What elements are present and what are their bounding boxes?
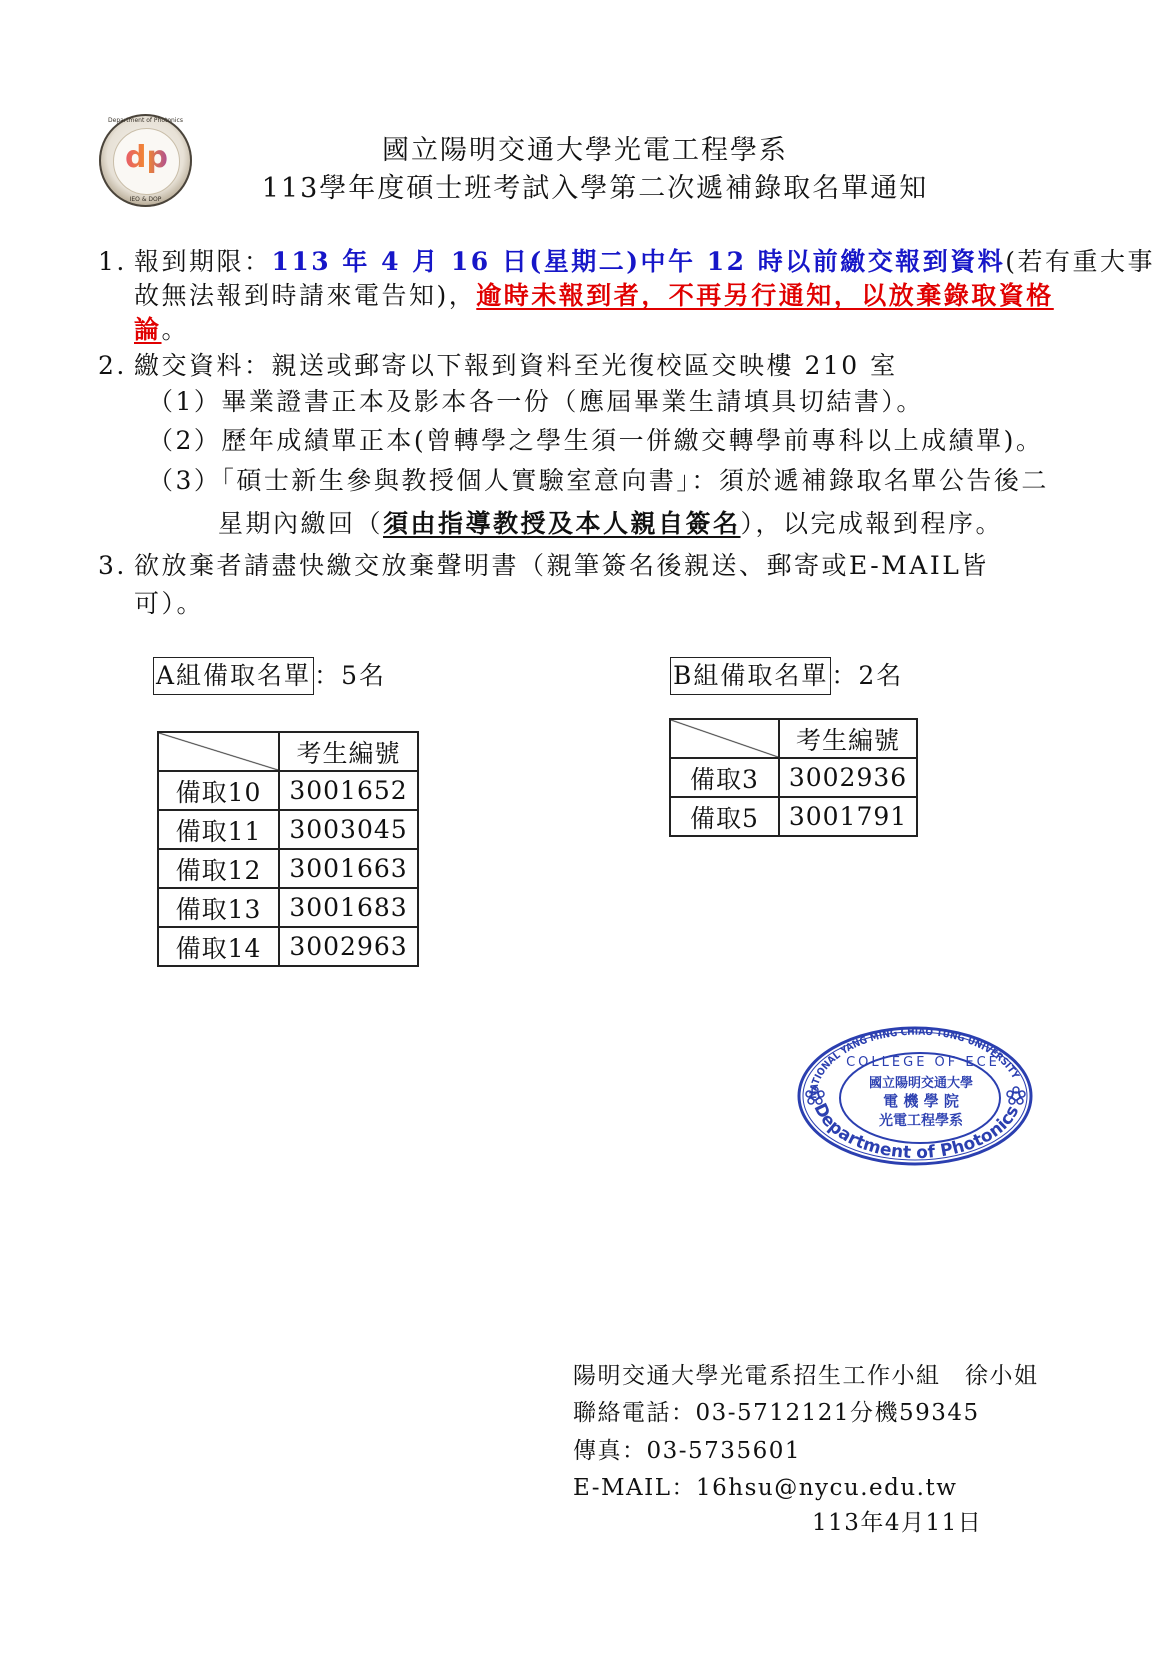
id-cell: 3001683 bbox=[279, 888, 418, 927]
item2-sub2: （2）歷年成績單正本(曾轉學之學生須一併繳交轉學前專科以上成績單)。 bbox=[148, 422, 1043, 460]
group-b-table: 考生編號 備取33002936 備取53001791 bbox=[669, 718, 918, 837]
rank-cell: 備取10 bbox=[158, 771, 279, 810]
group-a-table: 考生編號 備取103001652 備取113003045 備取123001663… bbox=[157, 731, 419, 967]
item1-label: 報到期限： bbox=[134, 247, 272, 276]
table-row: 備取113003045 bbox=[158, 810, 418, 849]
item2-sub3: （3）「碩士新生參與教授個人實驗室意向書」：須於遞補錄取名單公告後二 bbox=[148, 462, 1049, 500]
id-cell: 3001663 bbox=[279, 849, 418, 888]
table-row: 備取143002963 bbox=[158, 927, 418, 966]
id-cell: 3003045 bbox=[279, 810, 418, 849]
group-b-label: B組備取名單 bbox=[670, 657, 831, 695]
table-header-row: 考生編號 bbox=[670, 719, 917, 758]
stamp-college-text: COLLEGE OF ECE bbox=[846, 1055, 1000, 1070]
header-candidate-id: 考生編號 bbox=[279, 732, 418, 771]
id-cell: 3001652 bbox=[279, 771, 418, 810]
id-cell: 3001791 bbox=[779, 797, 917, 836]
stamp-inner-line2: 電 機 學 院 bbox=[883, 1092, 959, 1110]
stamp-inner-line1: 國立陽明交通大學 bbox=[869, 1075, 973, 1091]
plum-blossom-icon bbox=[1007, 1087, 1025, 1104]
contact-office: 陽明交通大學光電系招生工作小組 徐小姐 bbox=[573, 1358, 1039, 1395]
group-a-count: ：5名 bbox=[314, 661, 386, 690]
id-cell: 3002936 bbox=[779, 758, 917, 797]
rank-cell: 備取12 bbox=[158, 849, 279, 888]
item1-number: 1. bbox=[98, 243, 127, 281]
rank-cell: 備取11 bbox=[158, 810, 279, 849]
item1-note-b: 故無法報到時請來電告知)， bbox=[134, 281, 476, 310]
group-b-count: ：2名 bbox=[831, 661, 903, 690]
diagonal-header-cell bbox=[158, 732, 279, 771]
rank-cell: 備取5 bbox=[670, 797, 779, 836]
diagonal-header-cell bbox=[670, 719, 779, 758]
department-seal-stamp: NATIONAL YANG MING CHIAO TUNG UNIVERSITY… bbox=[795, 1024, 1035, 1168]
item3-line2: 可）。 bbox=[134, 585, 204, 623]
group-a-label: A組備取名單 bbox=[153, 657, 314, 695]
item3-number: 3. bbox=[98, 547, 127, 585]
contact-email[interactable]: E-MAIL：16hsu@nycu.edu.tw bbox=[573, 1470, 957, 1507]
id-cell: 3002963 bbox=[279, 927, 418, 966]
item1-deadline: 113 年 4 月 16 日(星期二)中午 12 時以前繳交報到資料 bbox=[272, 247, 1006, 276]
item1-warning: 逾時未報到者，不再另行通知，以放棄錄取資格 bbox=[476, 281, 1054, 310]
item1-line2: 故無法報到時請來電告知)，逾時未報到者，不再另行通知，以放棄錄取資格 bbox=[134, 277, 1054, 315]
item1-period: 。 bbox=[162, 315, 190, 344]
item1-line1: 報到期限：113 年 4 月 16 日(星期二)中午 12 時以前繳交報到資料(… bbox=[134, 243, 1155, 281]
group-b-heading: B組備取名單：2名 bbox=[670, 657, 903, 695]
rank-cell: 備取14 bbox=[158, 927, 279, 966]
item1-warning-end: 論 bbox=[134, 315, 162, 344]
sub3-cont-b: ），以完成報到程序。 bbox=[741, 509, 1004, 538]
group-a-heading: A組備取名單：5名 bbox=[153, 657, 386, 695]
stamp-inner-line3: 光電工程學系 bbox=[879, 1112, 963, 1129]
item2-sub1: （1）畢業證書正本及影本各一份（應屆畢業生請填具切結書）。 bbox=[148, 383, 924, 421]
contact-fax: 傳真：03-5735601 bbox=[573, 1433, 801, 1470]
table-row: 備取123001663 bbox=[158, 849, 418, 888]
logo-ring-top-text: Department of Photonics bbox=[99, 117, 192, 124]
rank-cell: 備取3 bbox=[670, 758, 779, 797]
contact-phone: 聯絡電話：03-5712121分機59345 bbox=[573, 1395, 980, 1432]
item2-text: 繳交資料：親送或郵寄以下報到資料至光復校區交映樓 210 室 bbox=[134, 347, 898, 385]
table-row: 備取133001683 bbox=[158, 888, 418, 927]
item2-number: 2. bbox=[98, 347, 127, 385]
page-title-dept: 國立陽明交通大學光電工程學系 bbox=[0, 128, 1170, 167]
sub3-cont-a: 星期內繳回（ bbox=[218, 509, 383, 538]
item2-sub3-continued: 星期內繳回（須由指導教授及本人親自簽名），以完成報到程序。 bbox=[218, 505, 1003, 543]
rank-cell: 備取13 bbox=[158, 888, 279, 927]
item3-line1: 欲放棄者請盡快繳交放棄聲明書（親筆簽名後親送、郵寄或E-MAIL皆 bbox=[134, 547, 989, 585]
notice-date: 113年4月11日 bbox=[812, 1505, 982, 1542]
table-row: 備取33002936 bbox=[670, 758, 917, 797]
table-row: 備取53001791 bbox=[670, 797, 917, 836]
table-row: 備取103001652 bbox=[158, 771, 418, 810]
sub3-signature-note: 須由指導教授及本人親自簽名 bbox=[383, 509, 741, 538]
page-title-notice: 113學年度碩士班考試入學第二次遞補錄取名單通知 bbox=[10, 166, 1170, 205]
header-candidate-id: 考生編號 bbox=[779, 719, 917, 758]
item1-line3: 論。 bbox=[134, 311, 189, 349]
table-header-row: 考生編號 bbox=[158, 732, 418, 771]
item1-note-a: (若有重大事 bbox=[1005, 247, 1155, 276]
